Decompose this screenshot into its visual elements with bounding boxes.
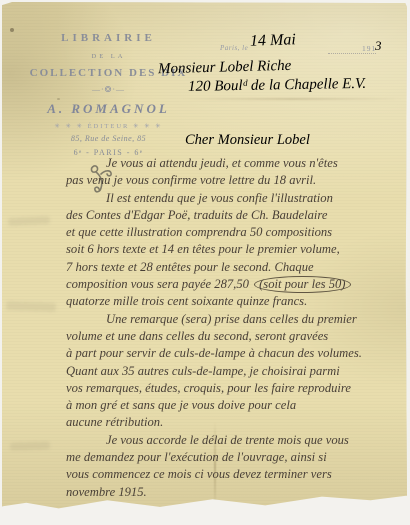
handwriting-text: En somme cette lettre ne change rien à n…: [106, 502, 331, 516]
ink-showthrough: [6, 301, 56, 312]
letter-paper: LIBRAIRIE DE LA COLLECTION DES DIX —·❂·—…: [2, 2, 407, 513]
handwriting-text: Je vous ai attendu jeudi, et comme vous …: [106, 156, 338, 170]
handwriting-line: à mon gré et sans que je vous doive pour…: [66, 397, 408, 414]
handwriting-line: volume et une dans celles du second, ser…: [66, 328, 408, 345]
handwriting-line: aucune rétribution.: [66, 414, 408, 431]
handwriting-line: et que cette illustration comprendra 50 …: [66, 224, 408, 241]
handwriting-text: soit 6 hors texte et 14 en têtes pour le…: [66, 242, 340, 256]
handwriting-line: novembre 1915.: [66, 484, 408, 501]
salutation: Cher Monsieur Lobel: [185, 132, 310, 149]
letterhead-librairie: LIBRAIRIE: [26, 32, 191, 44]
handwriting-text: composition vous sera payée 287,50: [66, 277, 249, 291]
handwriting-text: vos remarques, études, croquis, pour les…: [66, 381, 351, 395]
handwriting-text: à mon gré et sans que je vous doive pour…: [66, 398, 296, 412]
handwriting-text: me demandez pour l'exécution de l'ouvrag…: [66, 450, 327, 464]
handwriting-text: Je vous accorde le délai de trente mois …: [106, 433, 349, 447]
handwriting-text: des Contes d'Edgar Poë, traduits de Ch. …: [66, 208, 327, 222]
handwriting-text: aucune rétribution.: [66, 415, 163, 429]
handwriting-line: Une remarque (sera) prise dans celles du…: [66, 311, 408, 328]
dateline-printed-prefix: Paris, le: [220, 44, 248, 52]
handwriting-line: En somme cette lettre ne change rien à n…: [66, 501, 408, 518]
handwriting-text: quatorze mille trois cent soixante quinz…: [66, 294, 307, 308]
letterhead-street: 85, Rue de Seine, 85: [26, 134, 191, 143]
letter-body: Je vous ai attendu jeudi, et comme vous …: [66, 155, 408, 518]
letterhead-publisher-name: A. ROMAGNOL: [26, 101, 191, 117]
handwriting-line: me demandez pour l'exécution de l'ouvrag…: [66, 449, 408, 466]
circled-annotation: (soit pour les 50): [254, 276, 350, 293]
handwriting-text: et que cette illustration comprendra 50 …: [66, 225, 332, 239]
letterhead: LIBRAIRIE DE LA COLLECTION DES DIX —·❂·—…: [26, 32, 191, 157]
paper-crease: [182, 98, 402, 100]
handwriting-text: novembre 1915.: [66, 485, 147, 499]
letterhead-editor-line: ✳ ✳ ✳ ÉDITEUR ✳ ✳ ✳: [26, 122, 191, 130]
handwriting-text: Une remarque (sera) prise dans celles du…: [106, 312, 357, 326]
handwriting-text: volume et une dans celles du second, ser…: [66, 329, 328, 343]
handwriting-line: vous commencez ce mois ci vous devez ter…: [66, 466, 408, 483]
handwriting-text: pas venu je vous confirme votre lettre d…: [66, 173, 316, 187]
recipient-address: Monsieur Lobel Riche 120 Boulᵈ de la Cha…: [158, 58, 408, 94]
ink-showthrough: [10, 441, 50, 450]
handwriting-line: Je vous accorde le délai de trente mois …: [66, 432, 408, 449]
handwriting-text: vous commencez ce mois ci vous devez ter…: [66, 467, 332, 481]
handwriting-line: Je vous ai attendu jeudi, et comme vous …: [66, 155, 408, 172]
handwriting-text: Quant aux 35 autres culs-de-lampe, je ch…: [66, 364, 340, 378]
handwriting-line: 7 hors texte et 28 entêtes pour le secon…: [66, 259, 408, 276]
handwriting-line: Il est entendu que je vous confie l'illu…: [66, 190, 408, 207]
handwriting-line: vos remarques, études, croquis, pour les…: [66, 380, 408, 397]
handwriting-line: Quant aux 35 autres culs-de-lampe, je ch…: [66, 363, 408, 380]
dateline-handwritten-date: 14 Mai: [250, 31, 296, 51]
letter-scan: { "colors":{ "paper":"#e8ddad", "print_g…: [0, 0, 410, 525]
handwriting-text: à part pour servir de culs-de-lampe à ch…: [66, 346, 362, 360]
dateline-rule: [328, 53, 376, 54]
ink-showthrough: [8, 216, 50, 226]
handwriting-text: Il est entendu que je vous confie l'illu…: [106, 191, 333, 205]
paper-speck: [10, 28, 14, 32]
handwriting-text: 7 hors texte et 28 entêtes pour le secon…: [66, 260, 314, 274]
recipient-street: 120 Boulᵈ de la Chapelle E.V.: [188, 75, 408, 96]
handwriting-line: quatorze mille trois cent soixante quinz…: [66, 293, 408, 310]
handwriting-line: composition vous sera payée 287,50 (soit…: [66, 276, 408, 293]
handwriting-line: des Contes d'Edgar Poë, traduits de Ch. …: [66, 207, 408, 224]
dateline-handwritten-year-digit: 3: [375, 38, 382, 54]
handwriting-line: soit 6 hors texte et 14 en têtes pour le…: [66, 241, 408, 258]
handwriting-line: pas venu je vous confirme votre lettre d…: [66, 172, 408, 189]
handwriting-line: à part pour servir de culs-de-lampe à ch…: [66, 345, 408, 362]
dateline: Paris, le 14 Mai 191 3: [220, 32, 405, 58]
